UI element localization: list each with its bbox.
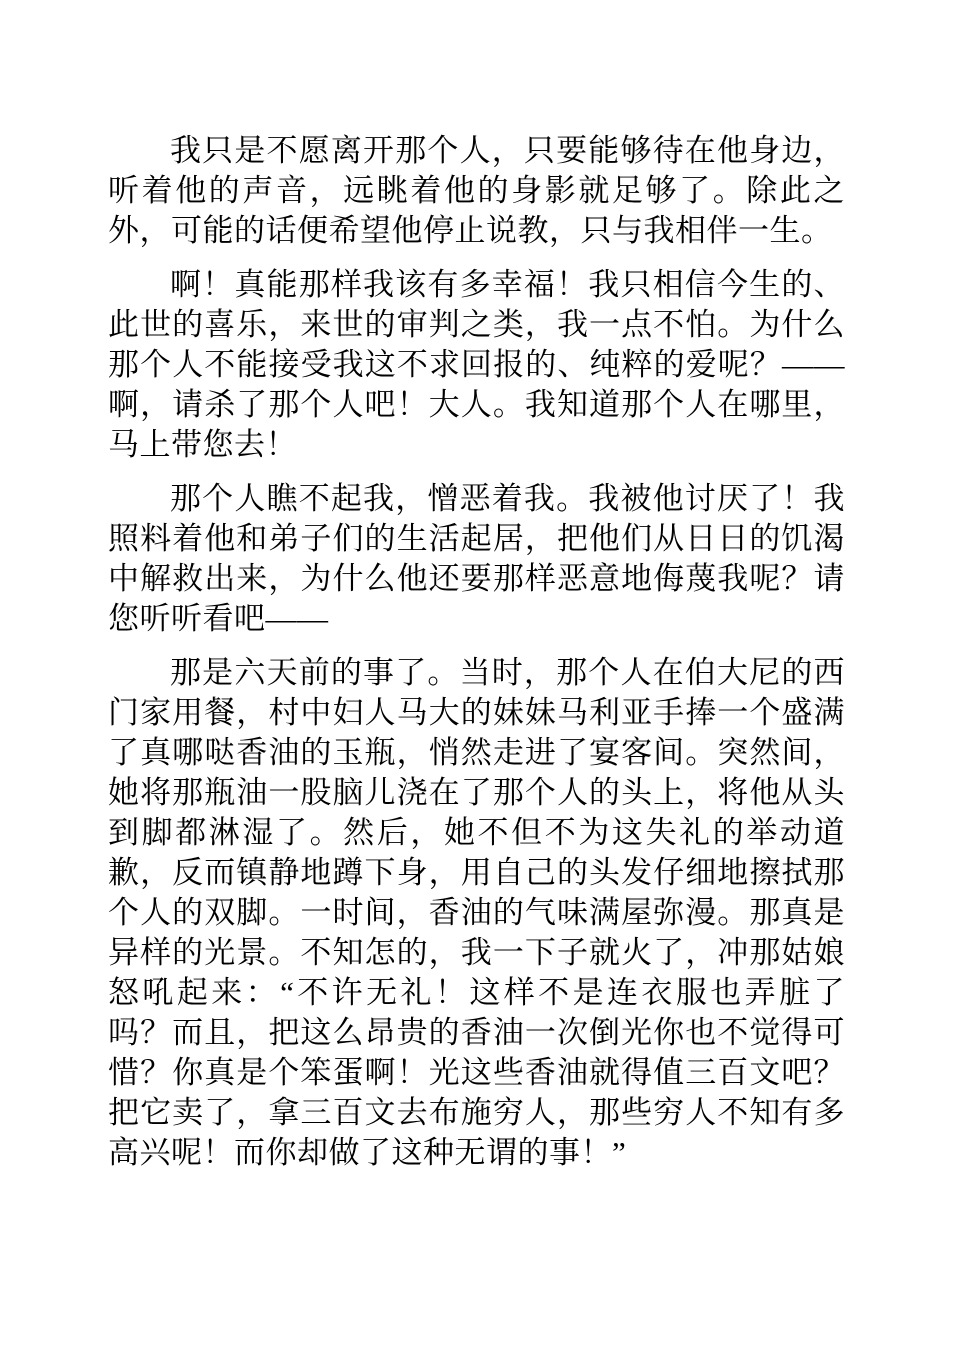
paragraph-4: 那是六天前的事了。当时，那个人在伯大尼的西门家用餐，村中妇人马大的妹妹马利亚手捧…	[108, 653, 845, 1173]
paragraph-3: 那个人瞧不起我，憎恶着我。我被他讨厌了！我照料着他和弟子们的生活起居，把他们从日…	[108, 479, 845, 639]
paragraph-2: 啊！真能那样我该有多幸福！我只相信今生的、此世的喜乐，来世的审判之类，我一点不怕…	[108, 265, 845, 465]
paragraph-1: 我只是不愿离开那个人，只要能够待在他身边，听着他的声音，远眺着他的身影就足够了。…	[108, 131, 845, 251]
document-page: 我只是不愿离开那个人，只要能够待在他身边，听着他的声音，远眺着他的身影就足够了。…	[0, 0, 956, 1360]
